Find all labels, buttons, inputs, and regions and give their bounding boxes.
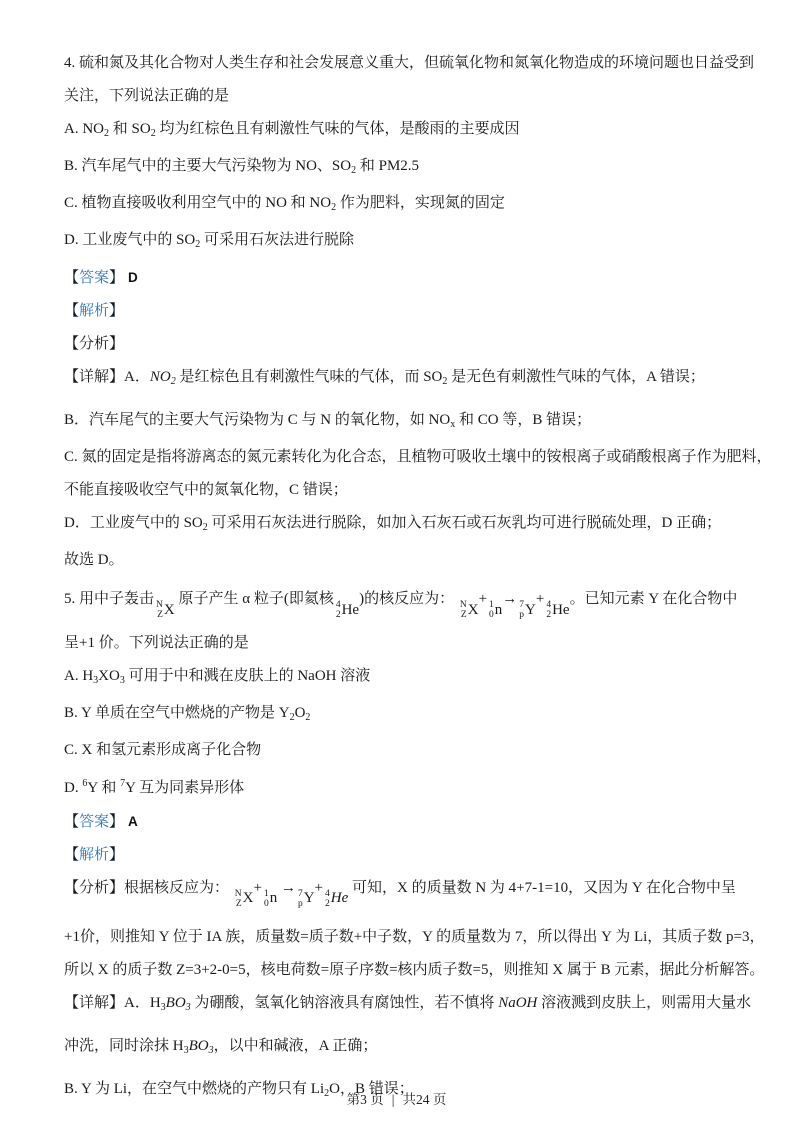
text-segment: 呈+1 价。下列说法正确的是 [64, 635, 249, 651]
text-segment: 原子产生 α 粒子(即氦核 [175, 591, 334, 607]
q4-jiexi-marker: 【解析】 [64, 295, 737, 328]
text-segment: C. 氮的固定是指将游离态的氮元素转化为化合态，且植物可吸收土壤中的铵根离子或硝… [64, 449, 772, 465]
q5-option-a: A. H3XO3 可用于中和溅在皮肤上的 NaOH 溶液 [64, 660, 737, 697]
text-segment: 】 [109, 303, 124, 319]
text-segment: 【详解】A．H [64, 995, 161, 1011]
text-segment: 解析 [79, 303, 109, 319]
q4-detail-c-line-2: 不能直接吸收空气中的氮氧化物，C 错误； [64, 474, 737, 507]
text-segment: + [253, 880, 261, 896]
footer-separator: | [392, 1092, 395, 1107]
text-segment: D [128, 270, 138, 285]
q5-stem-line-2: 呈+1 价。下列说法正确的是 [64, 627, 737, 660]
text-segment: 【 [64, 303, 79, 319]
q4-detail-a: 【详解】A．NO2 是红棕色且有刺激性气味的气体，而 SO2 是无色有刺激性气味… [64, 361, 737, 398]
text-segment: 【 [64, 270, 79, 286]
text-segment: + [479, 591, 487, 607]
text-segment: ，以中和碱液，A 正确； [214, 1038, 378, 1054]
text-segment: → [277, 880, 296, 896]
nuclide-notation: NZX [154, 594, 175, 627]
footer-total-pages: 共24 页 [402, 1092, 446, 1107]
text-segment: 是红棕色且有刺激性气味的气体，而 SO [176, 369, 443, 385]
text-segment: 解析 [79, 847, 109, 863]
q4-detail-d: D．工业废气中的 SO2 可采用石灰法进行脱除，如加入石灰石或石灰乳均可进行脱硫… [64, 507, 737, 544]
text-segment: 故选 D。 [64, 552, 124, 568]
text-segment: 【 [64, 814, 79, 830]
q5-fenxi-line-2: +1价，则推知 Y 位于 IA 族，质量数=质子数+中子数，Y 的质量数为 7，… [64, 921, 737, 954]
document-body: 4. 硫和氮及其化合物对人类生存和社会发展意义重大，但硫氧化物和氮氧化物造成的环… [64, 47, 737, 1110]
text-segment: NO [150, 369, 171, 385]
q4-detail-b: B．汽车尾气的主要大气污染物为 C 与 N 的氧化物，如 NOx 和 CO 等，… [64, 404, 737, 441]
q4-option-a: A. NO2 和 SO2 均为红棕色且有刺激性气味的气体，是酸雨的主要成因 [64, 113, 737, 150]
q4-conclusion: 故选 D。 [64, 544, 737, 577]
q5-option-b: B. Y 单质在空气中燃烧的产物是 Y2O2 [64, 697, 737, 734]
q5-detail-a-line-1: 【详解】A．H3BO3 为硼酸，氢氧化钠溶液具有腐蚀性，若不慎将 NaOH 溶液… [64, 987, 737, 1024]
text-segment: 【分析】 [64, 336, 124, 352]
text-segment: D. [64, 780, 82, 796]
q4-detail-c-line-1: C. 氮的固定是指将游离态的氮元素转化为化合态，且植物可吸收土壤中的铵根离子或硝… [64, 441, 737, 474]
nuclide-notation: NZX [458, 594, 479, 627]
q4-option-c: C. 植物直接吸收利用空气中的 NO 和 NO2 作为肥料，实现氮的固定 [64, 187, 737, 224]
text-segment: 【分析】根据核反应为： [64, 880, 233, 896]
text-segment: 和 SO [109, 121, 151, 137]
text-segment: BO [166, 995, 186, 1011]
text-segment: 可采用石灰法进行脱除 [200, 232, 354, 248]
text-segment: )的核反应为： [359, 591, 458, 607]
q5-detail-a-line-2: 冲洗，同时涂抹 H3BO3，以中和碱液，A 正确； [64, 1030, 737, 1067]
text-segment: 5. 用中子轰击 [64, 591, 154, 607]
text-segment: 】 [109, 847, 124, 863]
text-segment: NaOH [498, 995, 537, 1011]
nuclide-notation: 42He [544, 594, 569, 627]
text-segment: C. 植物直接吸收利用空气中的 NO 和 NO [64, 195, 331, 211]
text-segment: 答案 [79, 270, 109, 286]
text-segment: Y 和 [87, 780, 120, 796]
q5-stem-line-1: 5. 用中子轰击NZX 原子产生 α 粒子(即氦核42He)的核反应为： NZX… [64, 583, 737, 627]
nuclide-notation: 10n [487, 594, 502, 627]
text-segment: 可用于中和溅在皮肤上的 NaOH 溶液 [125, 668, 370, 684]
q4-stem-line-2: 关注，下列说法正确的是 [64, 80, 737, 113]
text-segment: 2 [305, 712, 310, 723]
text-segment: 4. 硫和氮及其化合物对人类生存和社会发展意义重大，但硫氧化物和氮氧化物造成的环… [64, 55, 754, 71]
text-segment: A. NO [64, 121, 104, 137]
text-segment: B. 汽车尾气中的主要大气污染物为 NO、SO [64, 158, 351, 174]
text-segment: 溶液溅到皮肤上，则需用大量水 [537, 995, 751, 1011]
text-segment: 是无色有刺激性气味的气体，A 错误； [447, 369, 705, 385]
q5-fenxi-line-1: 【分析】根据核反应为： NZX+10n →7pY+42He 可知，X 的质量数 … [64, 872, 737, 916]
text-segment: 可知，X 的质量数 N 为 4+7-1=10，又因为 Y 在化合物中呈 [348, 880, 736, 896]
nuclide-notation: 7pY [296, 882, 315, 915]
text-segment: A. H [64, 668, 93, 684]
nuclide-notation: 42He [323, 882, 348, 915]
q5-answer: 【答案】A [64, 805, 737, 839]
nuclide-notation: NZX [233, 882, 254, 915]
text-segment: B．汽车尾气的主要大气污染物为 C 与 N 的氧化物，如 NO [64, 412, 450, 428]
exam-paper-page: 4. 硫和氮及其化合物对人类生存和社会发展意义重大，但硫氧化物和氮氧化物造成的环… [0, 0, 793, 1122]
text-segment: 均为红棕色且有刺激性气味的气体，是酸雨的主要成因 [156, 121, 520, 137]
text-segment: O [295, 705, 306, 721]
q5-option-c: C. X 和氢元素形成离子化合物 [64, 734, 737, 767]
text-segment: 【 [64, 847, 79, 863]
text-segment: C. X 和氢元素形成离子化合物 [64, 742, 261, 758]
text-segment: +1价，则推知 Y 位于 IA 族，质量数=质子数+中子数，Y 的质量数为 7，… [64, 929, 765, 945]
text-segment: 】 [109, 814, 124, 830]
text-segment: 所以 X 的质子数 Z=3+2-0=5，核电荷数=原子序数=核内质子数=5，则推… [64, 962, 764, 978]
q4-option-b: B. 汽车尾气中的主要大气污染物为 NO、SO2 和 PM2.5 [64, 150, 737, 187]
text-segment: 为硼酸，氢氧化钠溶液具有腐蚀性，若不慎将 [191, 995, 499, 1011]
q4-answer: 【答案】D [64, 261, 737, 295]
text-segment: + [536, 591, 544, 607]
text-segment: Y 互为同素异形体 [125, 780, 244, 796]
text-segment: 和 PM2.5 [356, 158, 419, 174]
q5-option-d: D. 6Y 和 7Y 互为同素异形体 [64, 767, 737, 805]
text-segment: A [128, 814, 138, 829]
text-segment: 关注，下列说法正确的是 [64, 88, 229, 104]
text-segment: 。已知元素 Y 在化合物中 [570, 591, 738, 607]
text-segment: 和 CO 等，B 错误； [455, 412, 591, 428]
nuclide-notation: 10n [262, 882, 277, 915]
text-segment: D. 工业废气中的 SO [64, 232, 195, 248]
text-segment: BO [189, 1038, 209, 1054]
text-segment: 答案 [79, 814, 109, 830]
text-segment: + [315, 880, 323, 896]
q4-stem-line-1: 4. 硫和氮及其化合物对人类生存和社会发展意义重大，但硫氧化物和氮氧化物造成的环… [64, 47, 737, 80]
q5-fenxi-line-3: 所以 X 的质子数 Z=3+2-0=5，核电荷数=原子序数=核内质子数=5，则推… [64, 954, 737, 987]
page-footer: 第3 页|共24 页 [0, 1088, 793, 1108]
q4-option-d: D. 工业废气中的 SO2 可采用石灰法进行脱除 [64, 224, 737, 261]
text-segment: XO [98, 668, 120, 684]
text-segment: 作为肥料，实现氮的固定 [336, 195, 505, 211]
text-segment: D．工业废气中的 SO [64, 515, 203, 531]
q5-jiexi-marker: 【解析】 [64, 839, 737, 872]
text-segment: 冲洗，同时涂抹 H [64, 1038, 184, 1054]
nuclide-notation: 42He [334, 594, 359, 627]
q4-fenxi-marker: 【分析】 [64, 328, 737, 361]
text-segment: → [502, 591, 517, 607]
text-segment: 】 [109, 270, 124, 286]
text-segment: 【详解】A． [64, 369, 150, 385]
text-segment: 可采用石灰法进行脱除，如加入石灰石或石灰乳均可进行脱硫处理，D 正确； [208, 515, 721, 531]
text-segment: B. Y 单质在空气中燃烧的产物是 Y [64, 705, 290, 721]
nuclide-notation: 7pY [517, 594, 536, 627]
text-segment: 不能直接吸收空气中的氮氧化物，C 错误； [64, 482, 348, 498]
footer-page-number: 第3 页 [347, 1092, 384, 1107]
